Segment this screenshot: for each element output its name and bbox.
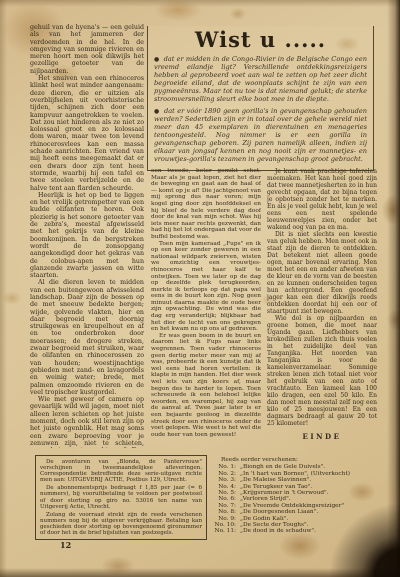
subscription-info-box: De avonturen van „Blonda, de Pantervrouw… — [35, 455, 207, 540]
body-paragraph: Wie met geweer of camera op gevaarlijk w… — [30, 396, 144, 448]
subscription-paragraph: De avonturen van „Blonda, de Pantervrouw… — [40, 459, 202, 483]
back-catalog-items: No. 1: „Biongh en de Gele Duivels". No. … — [211, 464, 381, 534]
subscription-paragraph: De abonnementsprijs bedraagt f 1,85 per … — [40, 485, 202, 509]
body-paragraph: Al die dieren leven te midden van een bu… — [30, 279, 144, 396]
subscription-paragraph: Zolang de voorraad strekt zijn de reeds … — [40, 512, 202, 536]
text-column-left: gehuil van de hyena's — een geluid als v… — [30, 24, 144, 448]
body-paragraph: Toen mijn kameraad „Fups" en ik op een k… — [151, 241, 261, 333]
body-paragraph: een tweede, beter gemikt schot. Maar als… — [151, 168, 261, 241]
catalog-title: „De dood in de schaduw". — [240, 528, 381, 534]
right-column-paragraphs: Je kunt vaak prachtige taferelen meemake… — [267, 168, 377, 427]
wist-u-box: Wist u ..... ● dat er midden in de Congo… — [147, 26, 374, 171]
text-column-right: Je kunt vaak prachtige taferelen meemake… — [267, 168, 377, 454]
back-catalog-list: Reeds eerder verschenen: No. 1: „Biongh … — [211, 457, 381, 535]
page-number: 12 — [60, 540, 71, 550]
body-paragraph: Wie dol is op nijlpaarden en groene bome… — [267, 315, 377, 427]
body-paragraph: Het snuiven van een rhinoceros klinkt he… — [30, 75, 144, 192]
fact-text: dat er midden in de Congo-Rivier in de B… — [154, 55, 367, 103]
wist-u-title: Wist u ..... — [154, 28, 367, 52]
body-paragraph: Je kunt vaak prachtige taferelen meemake… — [267, 168, 377, 231]
wist-u-facts: ● dat er midden in de Congo-Rivier in de… — [154, 56, 367, 164]
body-paragraph: Heerlijk is het op bed te liggen en het … — [30, 192, 144, 280]
magazine-scan-page: gehuil van de hyena's — een geluid als v… — [0, 0, 400, 577]
text-column-middle: een tweede, beter gemikt schot. Maar als… — [151, 168, 261, 452]
end-label: EINDE — [267, 433, 377, 440]
back-catalog-heading: Reeds eerder verschenen: — [221, 457, 381, 463]
fact-item: ● dat er vóór 1890 geen gorilla's in gev… — [154, 108, 367, 163]
body-paragraph: Dit is niet slechts een kwestie van gelu… — [267, 231, 377, 315]
body-paragraph: gehuil van de hyena's — een geluid als v… — [30, 24, 144, 75]
fact-item: ● dat er midden in de Congo-Rivier in de… — [154, 56, 367, 103]
catalog-number: No. 11: — [211, 528, 240, 534]
fact-text: dat er vóór 1890 geen gorilla's in gevan… — [154, 107, 367, 162]
catalog-row: No. 11: „De dood in de schaduw". — [211, 528, 381, 534]
body-paragraph: Er was geen boom in de buurt en daarom l… — [151, 333, 261, 439]
